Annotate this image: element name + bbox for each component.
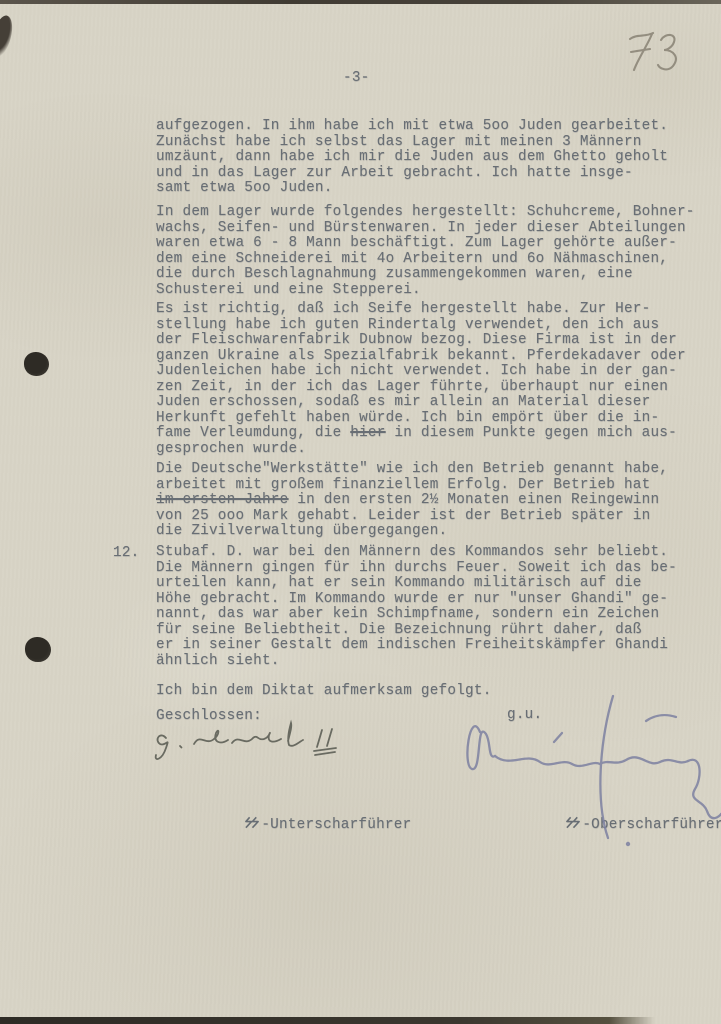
- typed-line: zen Zeit, in der ich das Lager führte, ü…: [156, 380, 721, 396]
- rank-right: -Oberscharführer: [477, 784, 721, 850]
- closed-label: Geschlossen:: [156, 708, 262, 724]
- typed-line: im ersten Jahre in den ersten 2½ Monaten…: [156, 493, 721, 509]
- pencil-page-number: [620, 28, 686, 76]
- typed-line: samt etwa 5oo Juden.: [156, 181, 721, 197]
- typed-line: ganzen Ukraine als Spezialfabrik bekannt…: [156, 349, 721, 365]
- typed-paragraph: In dem Lager wurde folgendes hergestellt…: [156, 205, 721, 298]
- typed-line: die Zivilverwaltung übergegangen.: [156, 524, 721, 540]
- typed-line: Die Deutsche"Werkstätte" wie ich den Bet…: [156, 462, 721, 478]
- typed-line: wachs, Seifen- und Bürstenwaren. In jede…: [156, 221, 721, 237]
- scan-edge-bottom: [0, 1017, 655, 1024]
- scan-corner-shadow: [0, 13, 16, 58]
- typed-line: er in seiner Gestalt dem indischen Freih…: [156, 638, 721, 654]
- typed-paragraph: Die Deutsche"Werkstätte" wie ich den Bet…: [156, 462, 721, 540]
- typed-line: Höhe gebracht. Im Kommando wurde er nur …: [156, 592, 721, 608]
- ss-runes-icon: [512, 800, 581, 834]
- typed-line: Zunächst habe ich selbst das Lager mit m…: [156, 135, 721, 151]
- hole-punch-top: [24, 352, 49, 376]
- handwritten-signature-left: [150, 718, 400, 774]
- typed-line: Judenleichen habe ich nicht verwendet. I…: [156, 364, 721, 380]
- typed-line: die durch Beschlagnahmung zusammengekomm…: [156, 267, 721, 283]
- typed-line: Stubaf. D. war bei den Männern des Komma…: [156, 545, 721, 561]
- typed-line: und in das Lager zur Arbeit gebracht. Ic…: [156, 166, 721, 182]
- hole-punch-bottom: [25, 637, 51, 662]
- typed-line: umzäunt, dann habe ich mir die Juden aus…: [156, 150, 721, 166]
- typed-line: aufgezogen. In ihm habe ich mit etwa 5oo…: [156, 119, 721, 135]
- typed-line: Es ist richtig, daß ich Seife hergestell…: [156, 302, 721, 318]
- typed-paragraph: Es ist richtig, daß ich Seife hergestell…: [156, 302, 721, 457]
- typed-page-marker: -3-: [343, 70, 370, 86]
- typed-line: dem eine Schneiderei mit 4o Arbeitern un…: [156, 252, 721, 268]
- typed-paragraph: 12.Stubaf. D. war bei den Männern des Ko…: [156, 545, 721, 669]
- typed-line: Die Männern gingen für ihn durchs Feuer.…: [156, 561, 721, 577]
- typed-line: urteilen kann, hat er sein Kommando mili…: [156, 576, 721, 592]
- typed-line: Juden erschossen, sodaß es mir allein an…: [156, 395, 721, 411]
- typed-line: fame Verleumdung, die hier in diesem Pun…: [156, 426, 721, 442]
- rank-right-label: -Oberscharführer: [582, 817, 721, 833]
- typed-paragraph: aufgezogen. In ihm habe ich mit etwa 5oo…: [156, 119, 721, 197]
- ss-runes-icon: [191, 800, 260, 834]
- paragraph-number: 12.: [113, 545, 140, 561]
- typed-line: nannt, das war aber kein Schimpfname, so…: [156, 607, 721, 623]
- typed-line: für seine Beliebtheit. Die Bezeichnung r…: [156, 623, 721, 639]
- typed-line: waren etwa 6 - 8 Mann beschäftigt. Zum L…: [156, 236, 721, 252]
- typed-line: arbeitet mit großem finanziellem Erfolg.…: [156, 478, 721, 494]
- typed-line: Herkunft gefehlt haben würde. Ich bin em…: [156, 411, 721, 427]
- rank-left-label: -Unterscharführer: [261, 817, 411, 833]
- typed-line: Schusterei und eine Stepperei.: [156, 283, 721, 299]
- typed-line: gesprochen wurde.: [156, 442, 721, 458]
- scan-edge-top: [0, 0, 721, 4]
- typed-line: stellung habe ich guten Rindertalg verwe…: [156, 318, 721, 334]
- gu-label: g.u.: [507, 707, 542, 723]
- typed-line: von 25 ooo Mark gehabt. Leider ist der B…: [156, 509, 721, 525]
- scanned-document-page: -3- aufgezogen. In ihm habe ich mit etwa…: [0, 0, 721, 1024]
- typed-line: der Fleischwarenfabrik Dubnow bezog. Die…: [156, 333, 721, 349]
- attention-line: Ich bin dem Diktat aufmerksam gefolgt.: [156, 683, 492, 699]
- typed-line: In dem Lager wurde folgendes hergestellt…: [156, 205, 721, 221]
- rank-left: -Unterscharführer: [156, 784, 411, 850]
- typed-line: ähnlich sieht.: [156, 654, 721, 670]
